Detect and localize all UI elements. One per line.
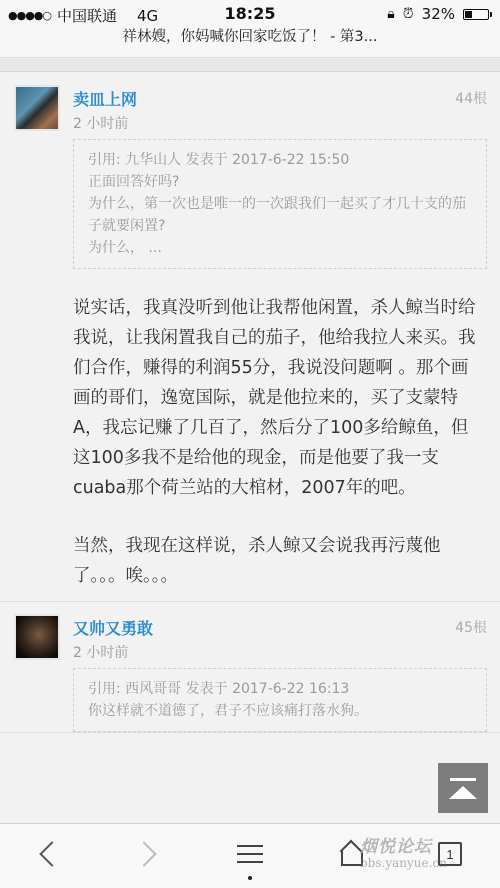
back-to-top-icon xyxy=(450,778,476,781)
thread-content[interactable]: 卖皿上网 2 小时前 44根 引用: 九华山人 发表于 2017-6-22 15… xyxy=(0,73,500,823)
post-time: 2 小时前 xyxy=(73,642,128,662)
username-link[interactable]: 卖皿上网 xyxy=(73,87,137,110)
post: 又帅又勇敢 2 小时前 45根 引用: 西风哥哥 发表于 2017-6-22 1… xyxy=(0,602,500,733)
page-title: 祥林嫂，你妈喊你回家吃饭了！ - 第3... xyxy=(122,29,377,45)
menu-button[interactable] xyxy=(228,834,272,874)
status-right: 🔒︎ ⏰︎ 32% xyxy=(387,5,492,23)
post-body: 说实话，我真没听到他让我帮他闲置，杀人鲸当时给我说，让我闲置我自己的茄子，他给我… xyxy=(73,293,480,601)
quote-line: 为什么，第一次也是唯一的一次跟我们一起买了才几十支的茄子就要闲置? xyxy=(88,193,472,237)
chevron-left-icon xyxy=(39,841,64,866)
quote-line: 正面回答好吗? xyxy=(88,171,472,193)
hamburger-menu-icon xyxy=(237,839,263,869)
quote-header: 引用: 九华山人 发表于 2017-6-22 15:50 xyxy=(88,149,472,171)
post-paragraph: 当然，我现在这样说，杀人鲸又会说我再污蔑他了。。。唉。。。 xyxy=(73,531,480,591)
floor-number: 44根 xyxy=(455,88,487,108)
page-title-bar: 祥林嫂，你妈喊你回家吃饭了！ - 第3... xyxy=(0,28,500,58)
quote-block: 引用: 九华山人 发表于 2017-6-22 15:50 正面回答好吗? 为什么… xyxy=(73,139,487,269)
menu-indicator-dot xyxy=(248,876,252,880)
avatar[interactable] xyxy=(14,85,60,131)
forward-button[interactable] xyxy=(130,834,166,874)
rotation-lock-icon: 🔒︎ xyxy=(387,6,394,22)
watermark-url: bbs.yanyue.cn xyxy=(360,856,447,870)
watermark-logo: 烟悦论坛 xyxy=(360,832,432,857)
post-header: 卖皿上网 2 小时前 44根 xyxy=(0,73,500,135)
floor-number: 45根 xyxy=(455,617,487,637)
post-time: 2 小时前 xyxy=(73,113,128,133)
quote-line: 你这样就不道德了，君子不应该痛打落水狗。 xyxy=(88,700,472,722)
post-paragraph: 说实话，我真没听到他让我帮他闲置，杀人鲸当时给我说，让我闲置我自己的茄子，他给我… xyxy=(73,293,480,503)
battery-icon xyxy=(463,9,492,20)
back-button[interactable] xyxy=(30,834,66,874)
header-divider xyxy=(0,59,500,72)
chevron-right-icon xyxy=(131,841,156,866)
alarm-icon: ⏰︎ xyxy=(403,6,414,22)
quote-header: 引用: 西风哥哥 发表于 2017-6-22 16:13 xyxy=(88,678,472,700)
username-link[interactable]: 又帅又勇敢 xyxy=(73,616,153,639)
post: 卖皿上网 2 小时前 44根 引用: 九华山人 发表于 2017-6-22 15… xyxy=(0,73,500,602)
quote-line: 为什么， ... xyxy=(88,237,472,259)
avatar[interactable] xyxy=(14,614,60,660)
browser-toolbar: 1 烟悦论坛 bbs.yanyue.cn xyxy=(0,823,500,888)
quote-block: 引用: 西风哥哥 发表于 2017-6-22 16:13 你这样就不道德了，君子… xyxy=(73,668,487,732)
post-header: 又帅又勇敢 2 小时前 45根 xyxy=(0,602,500,664)
battery-percent: 32% xyxy=(422,5,455,23)
back-to-top-button[interactable] xyxy=(438,763,488,813)
status-bar: ●●●●○ 中国联通 4G 18:25 🔒︎ ⏰︎ 32% xyxy=(0,0,500,28)
